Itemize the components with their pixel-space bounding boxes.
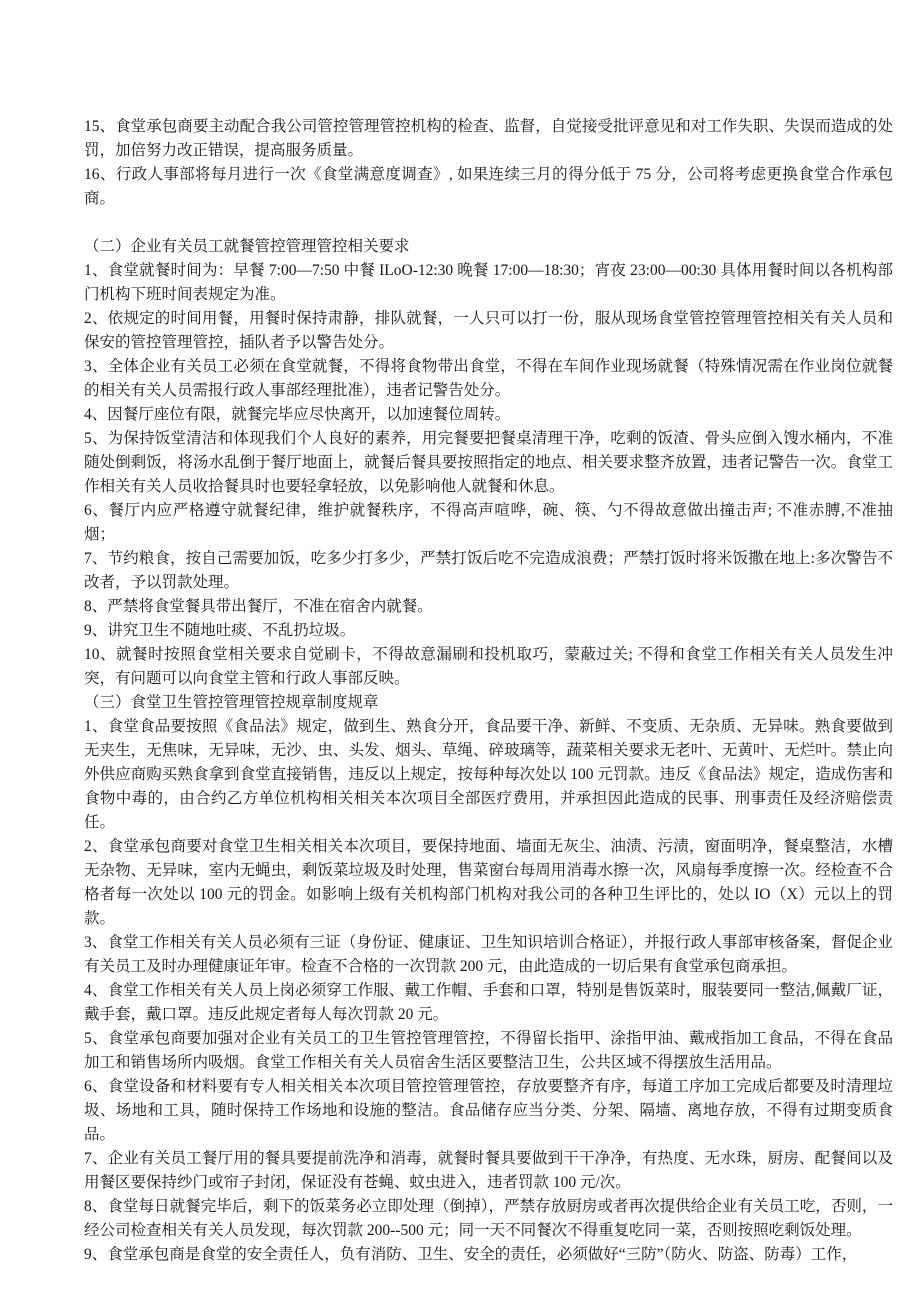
section2-heading: （二）企业有关员工就餐管控管理管控相关要求 bbox=[84, 235, 893, 259]
section2-item-4: 4、因餐厅座位有限，就餐完毕应尽快离开，以加速餐位周转。 bbox=[84, 403, 893, 427]
section3-item-3: 3、食堂工作相关有关人员必须有三证（身份证、健康证、卫生知识培训合格证），并报行… bbox=[84, 931, 893, 979]
section3-item-2: 2、食堂承包商要对食堂卫生相关相关本次项目，要保持地面、墙面无灰尘、油渍、污渍，… bbox=[84, 835, 893, 931]
intro-item-16: 16、行政人事部将每月进行一次《食堂满意度调查》, 如果连续三月的得分低于 75… bbox=[84, 163, 893, 211]
intro-item-15: 15、食堂承包商要主动配合我公司管控管理管控机构的检查、监督，自觉接受批评意见和… bbox=[84, 115, 893, 163]
section3-heading: （三）食堂卫生管控管理管控规章制度规章 bbox=[84, 691, 893, 715]
section2-item-1: 1、食堂就餐时间为：早餐 7:00—7:50 中餐 ILoO-12:30 晚餐 … bbox=[84, 259, 893, 307]
section2-item-8: 8、严禁将食堂餐具带出餐厅，不准在宿舍内就餐。 bbox=[84, 595, 893, 619]
section3-item-4: 4、食堂工作相关有关人员上岗必须穿工作服、戴工作帽、手套和口罩，特别是售饭菜时，… bbox=[84, 979, 893, 1027]
section2-item-6: 6、餐厅内应严格遵守就餐纪律，维护就餐秩序，不得高声喧哗，碗、筷、勺不得故意做出… bbox=[84, 499, 893, 547]
blank-line bbox=[84, 211, 893, 235]
section3-item-1: 1、食堂食品要按照《食品法》规定，做到生、熟食分开，食品要干净、新鲜、不变质、无… bbox=[84, 715, 893, 835]
section3-item-8: 8、食堂每日就餐完毕后，剩下的饭菜务必立即处理（倒掉），严禁存放厨房或者再次提供… bbox=[84, 1195, 893, 1243]
section3-item-6: 6、食堂设备和材料要有专人相关相关本次项目管控管理管控，存放要整齐有序，每道工序… bbox=[84, 1075, 893, 1147]
section3-item-9: 9、食堂承包商是食堂的安全责任人，负有消防、卫生、安全的责任，必须做好“三防”（… bbox=[84, 1243, 893, 1267]
section3-item-5: 5、食堂承包商要加强对企业有关员工的卫生管控管理管控，不得留长指甲、涂指甲油、戴… bbox=[84, 1027, 893, 1075]
section2-item-3: 3、全体企业有关员工必须在食堂就餐，不得将食物带出食堂，不得在车间作业现场就餐（… bbox=[84, 355, 893, 403]
section2-item-5: 5、为保持饭堂清洁和体现我们个人良好的素养，用完餐要把餐桌清理干净，吃剩的饭渣、… bbox=[84, 427, 893, 499]
section2-item-2: 2、依规定的时间用餐，用餐时保持肃静，排队就餐，一人只可以打一份，服从现场食堂管… bbox=[84, 307, 893, 355]
section3-item-7: 7、企业有关员工餐厅用的餐具要提前洗净和消毒，就餐时餐具要做到干干净净，有热度、… bbox=[84, 1147, 893, 1195]
section2-item-9: 9、讲究卫生不随地吐痰、不乱扔垃圾。 bbox=[84, 619, 893, 643]
section2-item-10: 10、就餐时按照食堂相关要求自觉刷卡，不得故意漏刷和投机取巧，蒙蔽过关; 不得和… bbox=[84, 643, 893, 691]
document-page: 15、食堂承包商要主动配合我公司管控管理管控机构的检查、监督，自觉接受批评意见和… bbox=[0, 0, 920, 1301]
section2-item-7: 7、节约粮食，按自己需要加饭，吃多少打多少，严禁打饭后吃不完造成浪费；严禁打饭时… bbox=[84, 547, 893, 595]
